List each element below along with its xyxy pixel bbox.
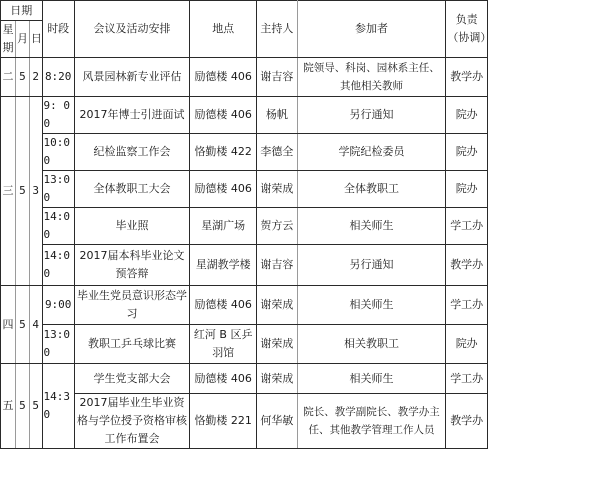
table-row: 三 5 3 9: 00 2017年博士引进面试 励德楼 406 杨帆 另行通知 … (1, 97, 488, 134)
header-responsible: 负责（协调） (446, 1, 488, 58)
weekday-cell: 五 (1, 364, 16, 449)
header-weekday: 星期 (1, 21, 16, 58)
day-cell: 3 (29, 97, 42, 286)
host-cell: 谢吉容 (257, 245, 297, 286)
event-cell: 2017年博士引进面试 (74, 97, 189, 134)
header-row-1: 日期 时段 会议及活动安排 地点 主持人 参加者 负责（协调） (1, 1, 488, 21)
attendees-cell: 院长、教学副院长、教学办主任、其他教学管理工作人员 (297, 394, 446, 449)
host-cell: 杨帆 (257, 97, 297, 134)
location-cell: 星湖教学楼 (190, 245, 257, 286)
responsible-cell: 教学办 (446, 394, 488, 449)
header-date-group: 日期 (1, 1, 43, 21)
attendees-cell: 学院纪检委员 (297, 134, 446, 171)
header-attendees: 参加者 (297, 1, 446, 58)
responsible-cell: 院办 (446, 134, 488, 171)
host-cell: 谢荣成 (257, 325, 297, 364)
event-cell: 2017届本科毕业论文预答辩 (74, 245, 189, 286)
table-row: 13:00 全体教职工大会 励德楼 406 谢荣成 全体教职工 院办 (1, 171, 488, 208)
header-month: 月 (16, 21, 30, 58)
event-cell: 学生党支部大会 (74, 364, 189, 394)
weekday-cell: 二 (1, 58, 16, 97)
responsible-cell: 学工办 (446, 364, 488, 394)
location-cell: 红河 B 区乒羽馆 (190, 325, 257, 364)
header-event: 会议及活动安排 (74, 1, 189, 58)
event-cell: 风景园林新专业评估 (74, 58, 189, 97)
location-cell: 恪勤楼 422 (190, 134, 257, 171)
time-cell: 14:00 (42, 208, 74, 245)
table-row: 10:00 纪检监察工作会 恪勤楼 422 李德全 学院纪检委员 院办 (1, 134, 488, 171)
weekday-cell: 四 (1, 286, 16, 364)
header-host: 主持人 (257, 1, 297, 58)
time-cell: 8:20 (42, 58, 74, 97)
responsible-cell: 院办 (446, 325, 488, 364)
attendees-cell: 另行通知 (297, 97, 446, 134)
table-row: 四 5 4 9:00 毕业生党员意识形态学习 励德楼 406 谢荣成 相关师生 … (1, 286, 488, 325)
responsible-cell: 教学办 (446, 58, 488, 97)
responsible-cell: 学工办 (446, 208, 488, 245)
month-cell: 5 (16, 58, 30, 97)
attendees-cell: 相关师生 (297, 286, 446, 325)
location-cell: 励德楼 406 (190, 97, 257, 134)
location-cell: 励德楼 406 (190, 286, 257, 325)
host-cell: 谢荣成 (257, 171, 297, 208)
event-cell: 毕业照 (74, 208, 189, 245)
responsible-cell: 院办 (446, 171, 488, 208)
day-cell: 2 (29, 58, 42, 97)
event-cell: 纪检监察工作会 (74, 134, 189, 171)
responsible-cell: 院办 (446, 97, 488, 134)
responsible-cell: 学工办 (446, 286, 488, 325)
table-row: 14:00 2017届本科毕业论文预答辩 星湖教学楼 谢吉容 另行通知 教学办 (1, 245, 488, 286)
month-cell: 5 (16, 286, 30, 364)
table-row: 2017届毕业生毕业资格与学位授予资格审核工作布置会 恪勤楼 221 何华敏 院… (1, 394, 488, 449)
day-cell: 5 (29, 364, 42, 449)
table-row: 13:00 教职工乒乓球比赛 红河 B 区乒羽馆 谢荣成 相关教职工 院办 (1, 325, 488, 364)
attendees-cell: 另行通知 (297, 245, 446, 286)
host-cell: 贺方云 (257, 208, 297, 245)
time-cell: 13:00 (42, 171, 74, 208)
time-cell: 9:00 (42, 286, 74, 325)
month-cell: 5 (16, 97, 30, 286)
time-cell: 9: 00 (42, 97, 74, 134)
day-cell: 4 (29, 286, 42, 364)
location-cell: 恪勤楼 221 (190, 394, 257, 449)
attendees-cell: 相关师生 (297, 364, 446, 394)
time-cell: 14:00 (42, 245, 74, 286)
event-cell: 全体教职工大会 (74, 171, 189, 208)
location-cell: 星湖广场 (190, 208, 257, 245)
table-row: 14:00 毕业照 星湖广场 贺方云 相关师生 学工办 (1, 208, 488, 245)
header-time: 时段 (42, 1, 74, 58)
schedule-table: 日期 时段 会议及活动安排 地点 主持人 参加者 负责（协调） 星期 月 日 二… (0, 0, 488, 449)
host-cell: 谢吉容 (257, 58, 297, 97)
attendees-cell: 相关师生 (297, 208, 446, 245)
table-row: 二 5 2 8:20 风景园林新专业评估 励德楼 406 谢吉容 院领导、科岗、… (1, 58, 488, 97)
host-cell: 谢荣成 (257, 286, 297, 325)
attendees-cell: 全体教职工 (297, 171, 446, 208)
time-cell: 13:00 (42, 325, 74, 364)
location-cell: 励德楼 406 (190, 364, 257, 394)
attendees-cell: 相关教职工 (297, 325, 446, 364)
header-location: 地点 (190, 1, 257, 58)
location-cell: 励德楼 406 (190, 58, 257, 97)
host-cell: 谢荣成 (257, 364, 297, 394)
table-row: 五 5 5 14:30 学生党支部大会 励德楼 406 谢荣成 相关师生 学工办 (1, 364, 488, 394)
time-cell: 14:30 (42, 364, 74, 449)
event-cell: 毕业生党员意识形态学习 (74, 286, 189, 325)
time-cell: 10:00 (42, 134, 74, 171)
event-cell: 2017届毕业生毕业资格与学位授予资格审核工作布置会 (74, 394, 189, 449)
location-cell: 励德楼 406 (190, 171, 257, 208)
weekday-cell: 三 (1, 97, 16, 286)
host-cell: 李德全 (257, 134, 297, 171)
attendees-cell: 院领导、科岗、园林系主任、其他相关教师 (297, 58, 446, 97)
month-cell: 5 (16, 364, 30, 449)
header-day: 日 (29, 21, 42, 58)
host-cell: 何华敏 (257, 394, 297, 449)
event-cell: 教职工乒乓球比赛 (74, 325, 189, 364)
responsible-cell: 教学办 (446, 245, 488, 286)
